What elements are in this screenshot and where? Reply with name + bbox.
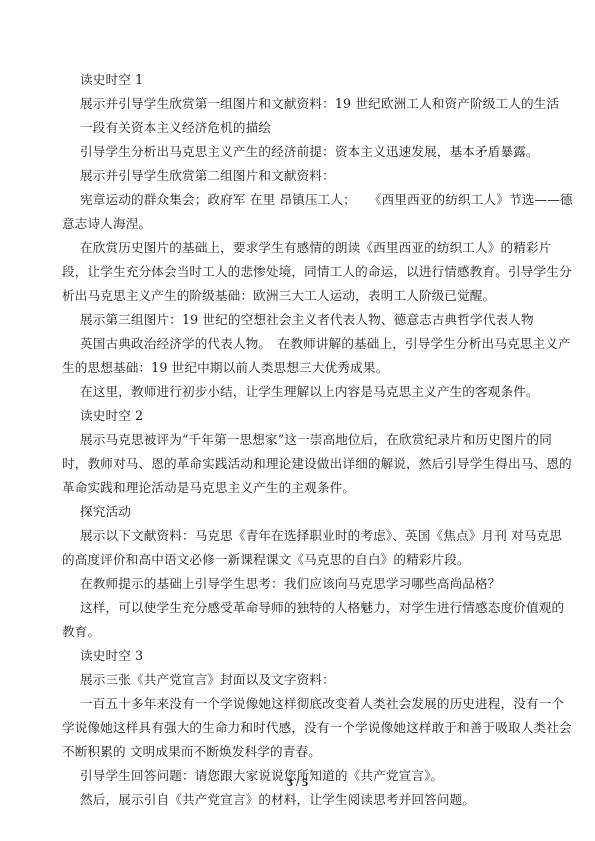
text-line: 读史时空 3 [80,648,143,664]
text-line: 展示以下文献资料：马克思《青年在选择职业时的考虑》、英国《焦点》月刊 对马克思 [80,528,562,544]
text-line: 不断积累的 文明成果而不断焕发科学的青春。 [62,744,321,760]
text-line: 读史时空 1 [80,72,143,88]
text-line: 这样，可以使学生充分感受革命导师的独特的人格魅力，对学生进行情感态度价值观的 [80,600,564,616]
text-line: 宪章运动的群众集会；政府军 在里 昂镇压工人； 《西里西亚的纺织工人》节选——德 [80,192,573,208]
text-line: 一百五十多年来没有一个学说像她这样彻底改变着人类社会发展的历史进程，没有一个 [80,696,564,712]
text-line: 生的思想基础：19 世纪中期以前人类思想三大优秀成果。 [62,360,388,376]
text-line: 教育。 [62,624,100,640]
page-number: 3 / 5 [0,775,595,789]
text-line: 在欣赏历史图片的基础上，要求学生有感情的朗读《西里西亚的纺织工人》的精彩片 [80,240,552,256]
text-line: 探究活动 [80,504,131,520]
text-line: 意志诗人海涅。 [62,216,151,232]
text-line: 展示三张《共产党宣言》封面以及文字资料： [80,672,335,688]
text-line: 英国古典政治经济学的代表人物。 在教师讲解的基础上，引导学生分析出马克思主义产 [80,336,571,352]
text-line: 然后，展示引自《共产党宣言》的材料，让学生阅读思考并回答问题。 [80,792,475,808]
document-page: 读史时空 1 展示并引导学生欣赏第一组图片和文献资料：19 世纪欧洲工人和资产阶… [0,0,595,841]
text-line: 读史时空 2 [80,408,143,424]
text-line: 展示马克思被评为“千年第一思想家”这一崇高地位后，在欣赏纪录片和历史图片的同 [80,432,552,448]
text-line: 在教师提示的基础上引导学生思考：我们应该向马克思学习哪些高尚品格？ [80,576,501,592]
text-line: 学说像她这样具有强大的生命力和时代感，没有一个学说像她这样敢于和善于吸取人类社会 [62,720,572,736]
text-line: 时，教师对马、恩的革命实践活动和理论建设做出详细的解说，然后引导学生得出马、恩的 [62,456,572,472]
text-line: 析出马克思主义产生的阶级基础：欧洲三大工人运动，表明工人阶级已觉醒。 [62,288,495,304]
text-line: 展示并引导学生欣赏第一组图片和文献资料：19 世纪欧洲工人和资产阶级工人的生活 [80,96,559,112]
text-line: 革命实践和理论活动是马克思主义产生的主观条件。 [62,480,355,496]
text-line: 的高度评价和高中语文必修一新课程课文《马克思的自白》的精彩片段。 [62,552,470,568]
text-line: 展示第三组图片：19 世纪的空想社会主义者代表人物、德意志古典哲学代表人物 [80,312,534,328]
text-line: 段，让学生充分体会当时工人的悲惨处境，同情工人的命运，以进行情感教育。引导学生分 [62,264,572,280]
text-line: 展示并引导学生欣赏第二组图片和文献资料： [80,168,335,184]
text-line: 引导学生分析出马克思主义产生的经济前提：资本主义迅速发展，基本矛盾暴露。 [80,144,539,160]
text-line: 一段有关资本主义经济危机的描绘 [80,120,271,136]
text-line: 在这里，教师进行初步小结，让学生理解以上内容是马克思主义产生的客观条件。 [80,384,539,400]
